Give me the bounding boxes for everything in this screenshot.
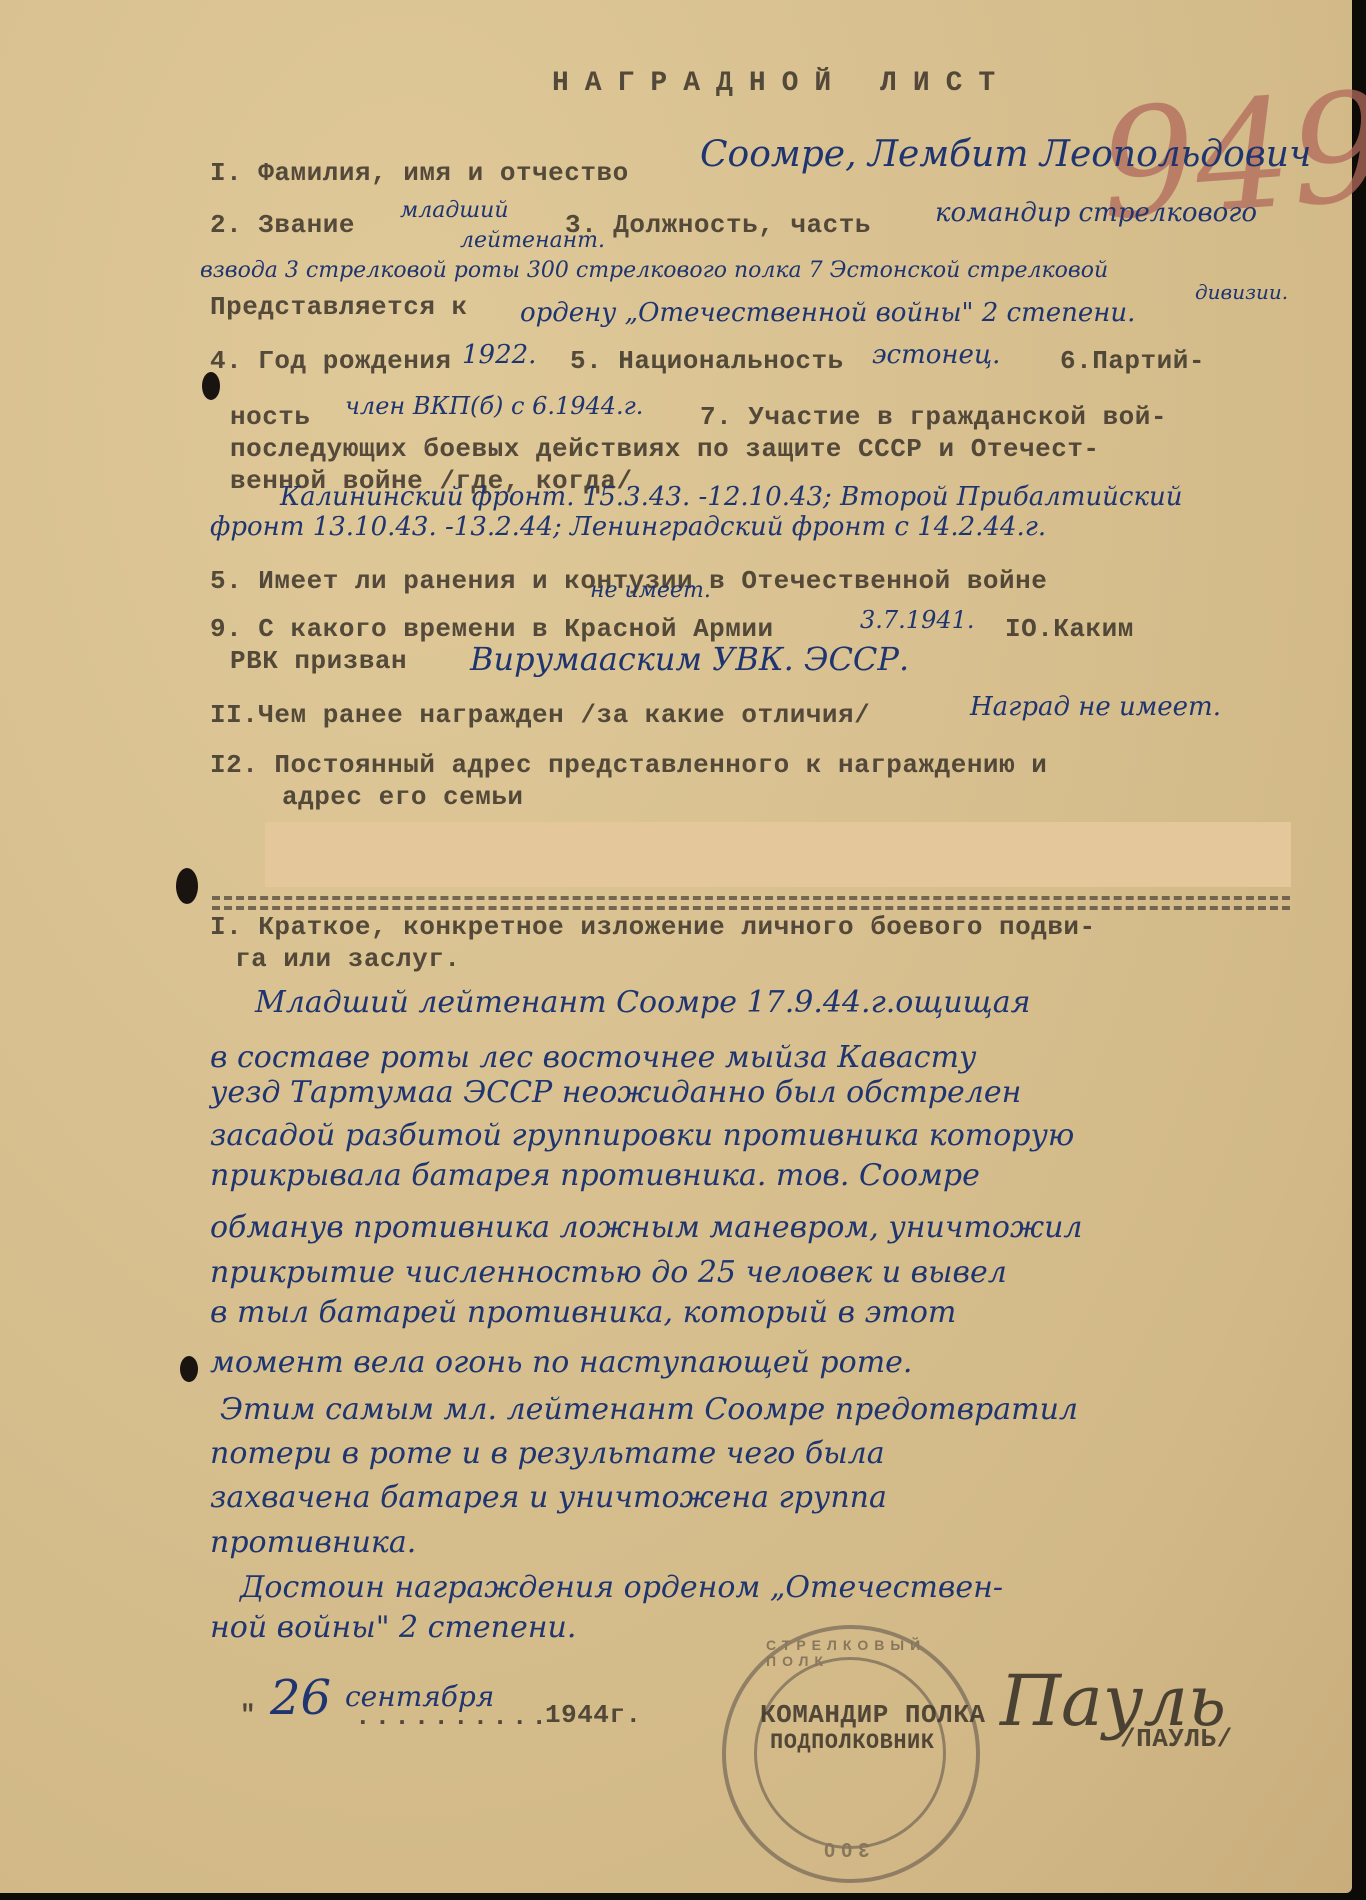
field-party-label-b: ность [230, 402, 311, 432]
document-title: НАГРАДНОЙ ЛИСТ [552, 68, 1011, 99]
field-rank-label: 2. Звание [210, 210, 355, 240]
field-name-label: I. Фамилия, имя и отчество [210, 158, 629, 188]
field-wounds-value: не имеет. [590, 578, 711, 603]
field-draft-label-a: IO.Каким [1005, 614, 1134, 644]
presented-value: ордену „Отечественной войны" 2 степени. [520, 298, 1135, 328]
presented-label: Представляется к [210, 292, 468, 322]
field-position-value-1: командир стрелкового [935, 198, 1257, 228]
feat-line: уезд Тартумаа ЭССР неожиданно был обстре… [210, 1075, 1021, 1110]
field-participation-label-b: последующих боевых действиях по защите С… [230, 434, 1100, 464]
field-participation-label-a: 7. Участие в гражданской вой- [700, 402, 1167, 432]
feat-line: Младший лейтенант Соомре 17.9.44.г.ощища… [255, 985, 1030, 1020]
punch-hole [202, 372, 220, 400]
feat-label-b: га или заслуг. [235, 944, 460, 974]
stamp-top-text: СТРЕЛКОВЫЙ ПОЛК [766, 1637, 976, 1669]
feat-line: захвачена батарея и уничтожена группа [210, 1480, 887, 1515]
feat-line: потери в роте и в результате чего была [210, 1436, 885, 1471]
feat-line: момент вела огонь по наступающей роте. [210, 1345, 912, 1380]
date-day: 26 [270, 1670, 331, 1726]
field-party-value: член ВКП(б) с 6.1944.г. [345, 392, 643, 420]
date-quote: " [240, 1700, 256, 1730]
recommendation-line: ной войны" 2 степени. [210, 1610, 576, 1645]
feat-line: прикрывала батарея противника. тов. Соом… [210, 1158, 980, 1193]
feat-line: обманув противника ложным маневром, унич… [210, 1210, 1083, 1245]
feat-line: засадой разбитой группировки противника … [210, 1118, 1074, 1153]
field-rank-value-1: младший [400, 198, 509, 223]
signer-name: /ПАУЛЬ/ [1120, 1724, 1233, 1754]
date-year: 1944г. [545, 1700, 642, 1730]
field-position-label: 3. Должность, часть [565, 210, 871, 240]
stamp-number: 300 [818, 1837, 869, 1860]
field-birth-year-label: 4. Год рождения [210, 346, 452, 376]
field-position-value-2: взвода 3 стрелковой роты 300 стрелкового… [200, 258, 1108, 283]
field-position-value-3: дивизии. [1195, 280, 1288, 304]
date-dots: .......... [355, 1702, 551, 1732]
field-nationality-value: эстонец. [872, 340, 1000, 370]
field-address-label-b: адрес его семьи [282, 782, 524, 812]
feat-line: в тыл батарей противника, который в этот [210, 1295, 956, 1330]
separator-line [212, 906, 1290, 910]
feat-line: противника. [210, 1525, 416, 1560]
signer-title: КОМАНДИР ПОЛКА [760, 1700, 985, 1730]
punch-hole [180, 1356, 198, 1382]
punch-hole [176, 868, 198, 904]
field-prior-awards-value: Наград не имеет. [970, 692, 1221, 722]
field-prior-awards-label: II.Чем ранее награжден /за какие отличия… [210, 700, 870, 730]
feat-line: Этим самым мл. лейтенант Соомре предотвр… [220, 1392, 1078, 1427]
field-participation-value-1: Калининский фронт. 15.3.43. -12.10.43; В… [280, 482, 1183, 512]
award-sheet-page: НАГРАДНОЙ ЛИСТ 949 I. Фамилия, имя и отч… [0, 0, 1352, 1893]
recommendation-line: Достоин награждения орденом „Отечествен- [240, 1570, 1003, 1605]
field-birth-year-value: 1922. [462, 340, 536, 370]
field-name-value: Соомре, Лембит Леопольдович [700, 134, 1311, 175]
feat-line: в составе роты лес восточнее мыйза Кавас… [210, 1040, 976, 1075]
redacted-address [265, 822, 1291, 887]
field-army-since-value: 3.7.1941. [860, 606, 975, 634]
field-draft-label-b: РВК призван [230, 646, 407, 676]
field-address-label-a: I2. Постоянный адрес представленного к н… [210, 750, 1047, 780]
field-party-label: 6.Партий- [1060, 346, 1205, 376]
separator-line [212, 896, 1290, 900]
signer-rank: ПОДПОЛКОВНИК [770, 1730, 934, 1755]
field-participation-value-2: фронт 13.10.43. -13.2.44; Ленинградский … [210, 512, 1046, 542]
feat-line: прикрытие численностью до 25 человек и в… [210, 1255, 1007, 1290]
feat-label-a: I. Краткое, конкретное изложение личного… [210, 912, 1096, 942]
field-nationality-label: 5. Национальность [570, 346, 844, 376]
field-draft-value: Вирумааским УВК. ЭССР. [470, 640, 909, 678]
